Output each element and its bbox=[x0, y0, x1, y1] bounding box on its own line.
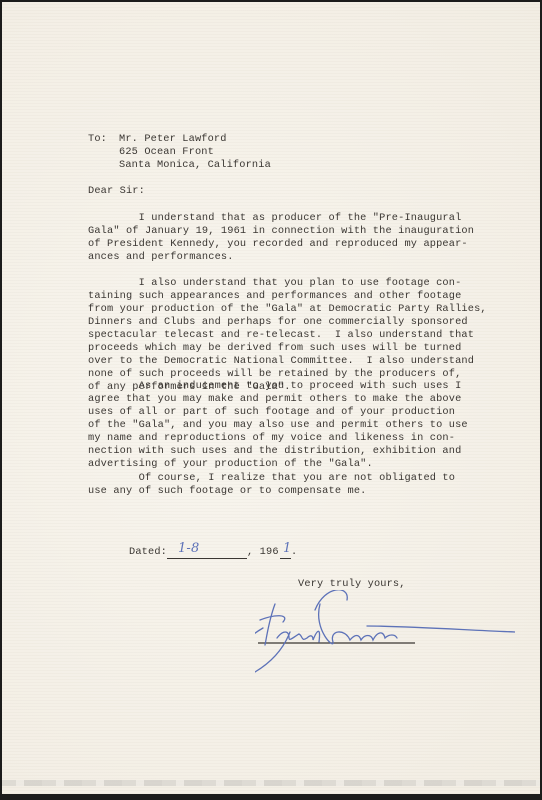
body-line: of the "Gala", and you may also use and … bbox=[88, 419, 468, 431]
body-line: from your production of the "Gala" at De… bbox=[88, 303, 487, 315]
body-line: Of course, I realize that you are not ob… bbox=[88, 472, 455, 484]
body-line: taining such appearances and performance… bbox=[88, 290, 461, 302]
body-line: Gala" of January 19, 1961 in connection … bbox=[88, 225, 474, 237]
body-line: proceeds which may be derived from such … bbox=[88, 342, 461, 354]
date-period: . bbox=[291, 546, 297, 558]
body-line: use any of such footage or to compensate… bbox=[88, 485, 366, 497]
recipient-street: 625 Ocean Front bbox=[119, 146, 214, 158]
body-line: I understand that as producer of the "Pr… bbox=[88, 212, 461, 224]
body-line: of President Kennedy, you recorded and r… bbox=[88, 238, 468, 250]
body-line: nection with such uses and the distribut… bbox=[88, 445, 461, 457]
body-line: Dinners and Clubs and perhaps for one co… bbox=[88, 316, 468, 328]
body-line: ances and performances. bbox=[88, 251, 234, 263]
body-line: uses of all or part of such footage and … bbox=[88, 406, 455, 418]
body-line: As an inducement to you to proceed with … bbox=[88, 380, 461, 392]
body-line: over to the Democratic National Committe… bbox=[88, 355, 474, 367]
body-line: spectacular telecast and re-telecast. I … bbox=[88, 329, 474, 341]
signature bbox=[255, 590, 515, 690]
salutation: Dear Sir: bbox=[88, 185, 145, 197]
letter: To: Mr. Peter Lawford 625 Ocean Front Sa… bbox=[0, 0, 542, 800]
to-label: To: bbox=[88, 133, 107, 145]
handwritten-date: 1-8 bbox=[178, 543, 199, 555]
dated-label: Dated: bbox=[129, 546, 167, 558]
body-line: agree that you may make and permit other… bbox=[88, 393, 461, 405]
closing: Very truly yours, bbox=[298, 578, 406, 590]
body-line: I also understand that you plan to use f… bbox=[88, 277, 461, 289]
year-prefix: , 196 bbox=[247, 546, 279, 558]
body-line: my name and reproductions of my voice an… bbox=[88, 432, 455, 444]
recipient-name: Mr. Peter Lawford bbox=[119, 133, 227, 145]
body-line: none of such proceeds will be retained b… bbox=[88, 368, 461, 380]
recipient-city: Santa Monica, California bbox=[119, 159, 271, 171]
body-line: advertising of your production of the "G… bbox=[88, 458, 373, 470]
